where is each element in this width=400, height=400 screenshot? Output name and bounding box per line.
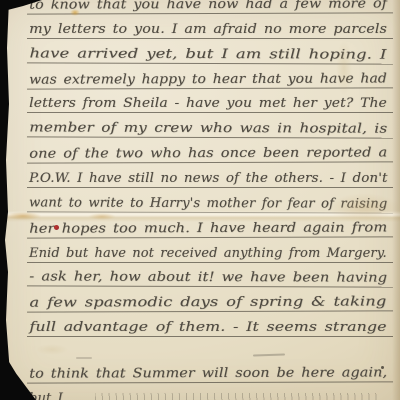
paper-stain	[70, 9, 80, 16]
letter-paper: to know that you have now had a few more…	[0, 0, 400, 400]
paper-stain	[5, 212, 41, 220]
red-ink-mark	[54, 225, 59, 230]
pencil-smudge	[76, 357, 92, 359]
pencil-dot	[381, 366, 384, 369]
clipped-line-strokes	[95, 393, 378, 400]
paper-stain	[36, 344, 68, 355]
paper-stain	[328, 193, 400, 223]
scanned-letter: to know that you have now had a few more…	[0, 0, 400, 400]
paper-stain	[88, 213, 116, 220]
paper-edge-shadow	[392, 0, 400, 400]
letter-line: to think that Summer will soon be here a…	[27, 356, 393, 383]
paper-stain	[336, 40, 352, 96]
letter-line-text: to think that Summer will soon be here a…	[27, 365, 387, 382]
